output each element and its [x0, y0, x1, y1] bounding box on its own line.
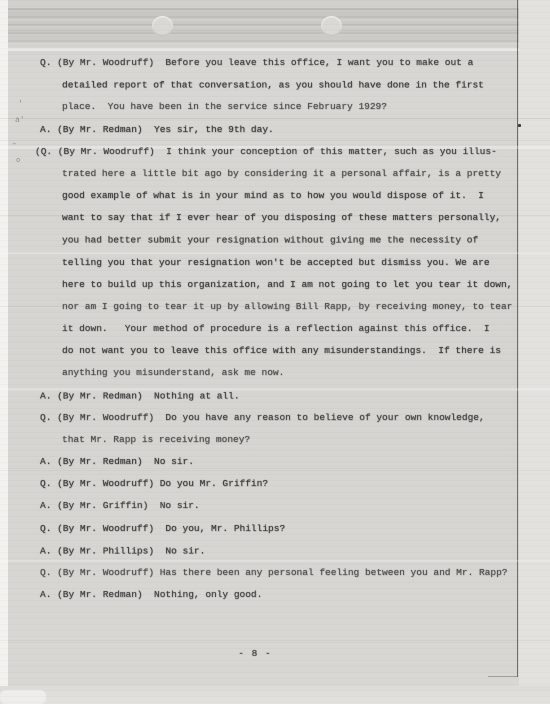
- scan-band-highlight: [7, 48, 546, 51]
- transcript-line: place. You have been in the service sinc…: [0, 96, 550, 118]
- scan-corner-artifact: [0, 690, 46, 704]
- punch-hole-left: [152, 16, 173, 36]
- scanned-page: ' a' - o Q. (By Mr. Woodruff) Before you…: [0, 0, 550, 704]
- transcript-line: Q. (By Mr. Woodruff) Do you have any rea…: [0, 407, 550, 429]
- page-fold-corner: [488, 676, 518, 677]
- transcript-line: want to say that if I ever hear of you d…: [0, 207, 550, 229]
- transcript-line: Q. (By Mr. Woodruff) Has there been any …: [0, 562, 550, 584]
- transcript-line: trated here a little bit ago by consider…: [0, 163, 550, 185]
- transcript-line: you had better submit your resignation w…: [0, 230, 550, 252]
- transcript-line: Q. (By Mr. Woodruff) Do you, Mr. Phillip…: [0, 518, 550, 540]
- transcript-line: nor am I going to tear it up by allowing…: [0, 296, 550, 318]
- transcript-line: A. (By Mr. Redman) Yes sir, the 9th day.: [0, 119, 550, 141]
- punch-hole-right: [321, 16, 342, 36]
- transcript-line: telling you that your resignation won't …: [0, 252, 550, 274]
- scan-top-shadow-band: [7, 8, 546, 46]
- transcript-line: Q. (By Mr. Woodruff) Before you leave th…: [0, 52, 550, 74]
- page-number: - 8 -: [225, 648, 285, 659]
- transcript-line: good example of what is in your mind as …: [0, 185, 550, 207]
- transcript-line: that Mr. Rapp is receiving money?: [0, 429, 550, 451]
- transcript-line: A. (By Mr. Griffin) No sir.: [0, 495, 550, 517]
- transcript: Q. (By Mr. Woodruff) Before you leave th…: [0, 52, 550, 606]
- transcript-line: Q. (By Mr. Woodruff) Do you Mr. Griffin?: [0, 473, 550, 495]
- transcript-line: detailed report of that conversation, as…: [0, 75, 550, 97]
- transcript-line: here to build up this organization, and …: [0, 274, 550, 296]
- transcript-line: anything you misunderstand, ask me now.: [0, 362, 550, 384]
- transcript-line: A. (By Mr. Redman) Nothing, only good.: [0, 584, 550, 606]
- transcript-line: A. (By Mr. Redman) Nothing at all.: [0, 385, 550, 407]
- transcript-line: do not want you to leave this office wit…: [0, 340, 550, 362]
- transcript-line: A. (By Mr. Phillips) No sir.: [0, 540, 550, 562]
- transcript-line: (Q. (By Mr. Woodruff) I think your conce…: [0, 141, 550, 163]
- transcript-line: it down. Your method of procedure is a r…: [0, 318, 550, 340]
- page-bottom-edge: [0, 686, 550, 704]
- transcript-line: A. (By Mr. Redman) No sir.: [0, 451, 550, 473]
